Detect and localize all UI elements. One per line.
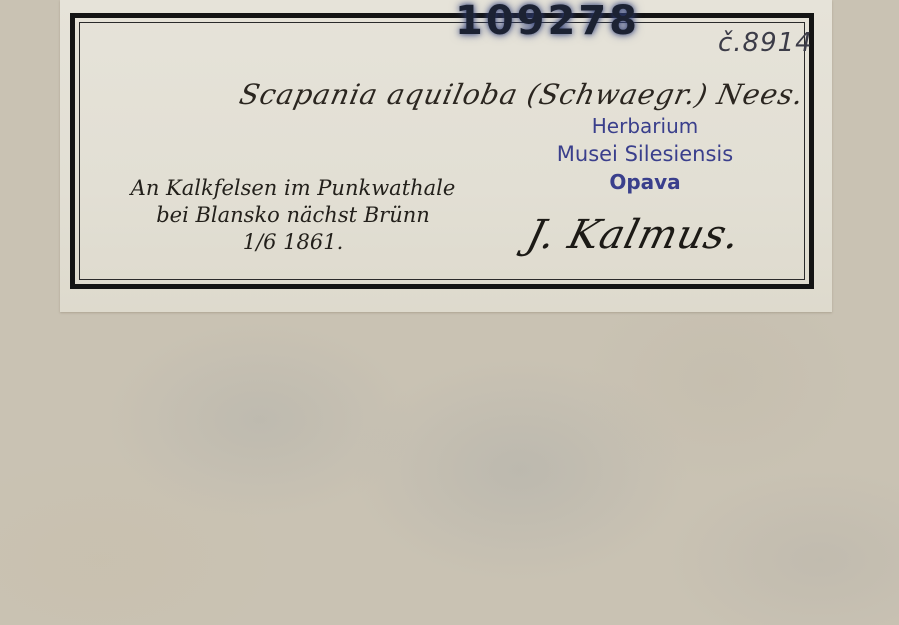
reference-number: č.8914 [718,28,813,58]
stamp-line-institution: Musei Silesiensis [535,140,755,168]
collector-name: J. Kalmus. [522,212,745,258]
stamp-line-herbarium: Herbarium [535,112,755,140]
specimen-label: 109278 č.8914 Scapania aquiloba (Schwaeg… [60,0,832,312]
taxon-name: Scapania aquiloba (Schwaegr.) Nees. [236,78,807,111]
stamp-line-city: Opava [535,168,755,196]
collection-date: 1/6 1861. [108,229,478,256]
herbarium-sheet: 109278 č.8914 Scapania aquiloba (Schwaeg… [0,0,899,625]
locality-line-1: An Kalkfelsen im Punkwathale [108,175,478,202]
locality-line-2: bei Blansko nächst Brünn [108,202,478,229]
locality-text: An Kalkfelsen im Punkwathale bei Blansko… [108,175,478,256]
herbarium-stamp: Herbarium Musei Silesiensis Opava [535,112,755,196]
catalog-number-stamp: 109278 [455,0,640,44]
